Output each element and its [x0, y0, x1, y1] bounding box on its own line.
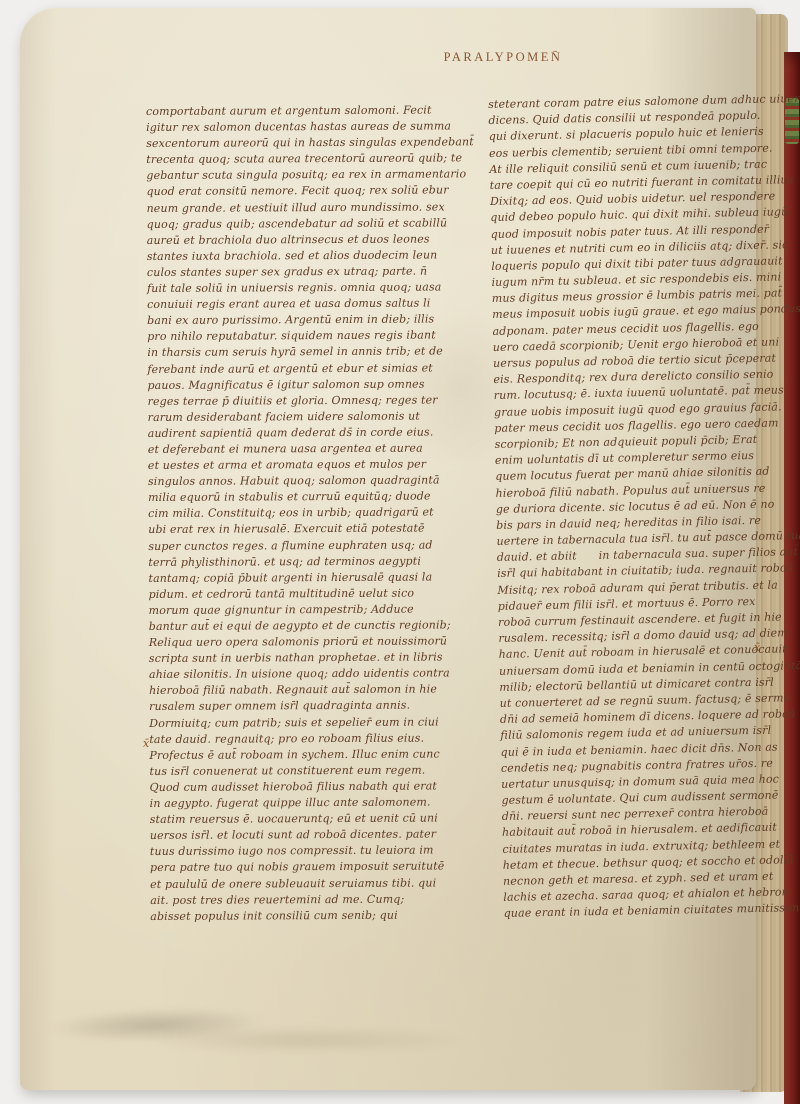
text-line: terrā phylisthinorū. et usq; ad terminos… — [148, 553, 448, 571]
text-line: ait. post tres dies reuertemini ad me. C… — [150, 891, 450, 909]
running-title: PARALYPOMEN̄ — [413, 50, 593, 65]
text-line: conuiuii regis erant aurea et uasa domus… — [147, 296, 447, 314]
text-line: comportabant aurum et argentum salomoni.… — [146, 102, 446, 120]
text-line: morum quae gignuntur in campestrib; Addu… — [149, 601, 449, 619]
text-line: sexcentorum aureorū qui in hastas singul… — [146, 135, 446, 153]
parchment-stain — [140, 1026, 470, 1054]
margin-annotation-right: x̄ — [754, 641, 760, 654]
text-line: bantur aut̄ ei equi de aegypto et de cun… — [149, 617, 449, 635]
text-line: audirent sapientiā quam dederat ds̄ in c… — [148, 424, 448, 442]
text-line: Profectus ē aut̄ roboam in sychem. Illuc… — [149, 746, 449, 764]
text-line: igitur rex salomon ducentas hastas aurea… — [146, 119, 446, 137]
parchment-stain — [45, 1004, 266, 1046]
text-line: pauos. Magnificatus ē igitur salomon sup… — [147, 376, 447, 394]
text-line: stantes iuxta brachiola. sed et alios du… — [147, 247, 447, 265]
text-line: pera patre tuo qui nobis grauem imposuit… — [150, 859, 450, 877]
text-line: aureū et brachiola duo altrinsecus et du… — [147, 231, 447, 249]
text-column-right: steterant coram patre eius salomone dum … — [488, 91, 800, 922]
text-line: rarum desiderabant faciem uidere salomon… — [148, 408, 448, 426]
text-line: tantamq; copiā p̄buit argenti in hierusa… — [148, 569, 448, 587]
photo-backdrop: PARALYPOMEN̄ comportabant aurum et argen… — [0, 0, 800, 1104]
text-line: rusalem super omnem isr̄l quadraginta an… — [149, 698, 449, 716]
text-line: pidum. et cedrorū tantā multitudinē uelu… — [149, 585, 449, 603]
text-line: abisset populus init consiliū cum senib;… — [150, 907, 450, 925]
text-line: et paululū de onere subleuauit seruiamus… — [150, 875, 450, 893]
text-column-left: comportabant aurum et argentum salomoni.… — [146, 102, 450, 924]
text-line: reges terrae p̄ diuitiis et gloria. Omne… — [148, 392, 448, 410]
margin-annotation-left: x̄ — [143, 737, 149, 750]
text-line: Dormiuitq; cum patrib; suis et sepelier̄… — [149, 714, 449, 732]
text-line: tate dauid. regnauitq; pro eo roboam fil… — [149, 730, 449, 748]
text-line: Quod cum audisset hieroboā filius nabath… — [150, 778, 450, 796]
text-line: bani ex auro purissimo. Argentū enim in … — [147, 312, 447, 330]
text-line: statim reuersus ē. uocaueruntq; eū et ue… — [150, 811, 450, 829]
text-line: milia equorū in stabulis et curruū equit… — [148, 489, 448, 507]
text-line: trecenta quoq; scuta aurea trecentorū au… — [146, 151, 446, 169]
text-line: et deferebant ei munera uasa argentea et… — [148, 440, 448, 458]
text-line: hieroboā filiū nabath. Regnauit aut̄ sal… — [149, 682, 449, 700]
text-line: tus isr̄l conuenerat ut constituerent eu… — [149, 762, 449, 780]
text-line: ubi erat rex in hierusalē. Exercuit etiā… — [148, 521, 448, 539]
text-line: quoq; gradus quib; ascendebatur ad soliū… — [147, 215, 447, 233]
text-line: scripta sunt in uerbis nathan prophetae.… — [149, 650, 449, 668]
text-line: uersos isr̄l. et locuti sunt ad roboā di… — [150, 827, 450, 845]
text-line: in aegypto. fugerat quippe illuc ante sa… — [150, 794, 450, 812]
text-line: neum grande. et uestiuit illud auro mund… — [147, 199, 447, 217]
text-line: cim milia. Constituitq; eos in urbib; qu… — [148, 505, 448, 523]
text-line: ferebant inde aurū et argentū et ebur et… — [147, 360, 447, 378]
text-line: et uestes et arma et aromata equos et mu… — [148, 456, 448, 474]
text-line: culos stantes super sex gradus ex utraq;… — [147, 263, 447, 281]
text-line: fuit tale soliū in uniuersis regnis. omn… — [147, 279, 447, 297]
text-line: pro nihilo reputabatur. siquidem naues r… — [147, 328, 447, 346]
text-line: gebantur scuta singula posuitq; ea rex i… — [146, 167, 446, 185]
text-line: quod erat consitū nemore. Fecit quoq; re… — [146, 183, 446, 201]
text-line: singulos annos. Habuit quoq; salomon qua… — [148, 473, 448, 491]
text-line: tuus durissimo iugo nos compressit. tu l… — [150, 843, 450, 861]
text-line: super cunctos reges. a flumine euphraten… — [148, 537, 448, 555]
text-line: in tharsis cum seruis hyrā semel in anni… — [147, 344, 447, 362]
text-line: Reliqua uero opera salomonis priorū et n… — [149, 634, 449, 652]
text-line: ahiae silonitis. In uisione quoq; addo u… — [149, 666, 449, 684]
